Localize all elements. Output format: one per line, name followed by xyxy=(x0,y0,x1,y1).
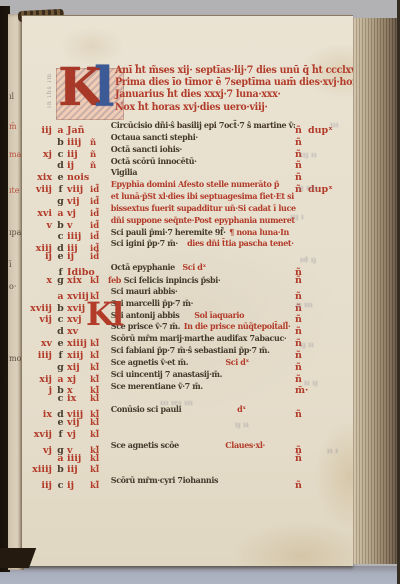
feast-note: Sci dˣ xyxy=(182,263,206,275)
lesson-mark: ñ xyxy=(295,362,308,374)
dominical-letter: a xyxy=(54,374,67,386)
feast-main: Vigilia xyxy=(111,168,137,180)
feast-entry: Sci marcelli p̄p·7 m̄· xyxy=(108,299,282,311)
dominical-letter: g xyxy=(54,275,67,287)
calendar-row: x g xix kl̃ feb Sci felicis inpincis p̄s… xyxy=(28,275,350,287)
facing-page-text-fragment: m̄ xyxy=(9,122,17,131)
golden-number: xij xyxy=(28,374,54,386)
calendar-row: f Idibo Octā epyphanie Sci dˣ ñ xyxy=(28,263,350,275)
day-numeral: xix xyxy=(67,275,90,287)
kl-ligature: Kl xyxy=(86,296,122,332)
dominical-letter: a xyxy=(54,291,67,303)
feast-entry: Sci mauri abbis· xyxy=(108,287,282,299)
feast-entry: Octā scōrū innocētū· xyxy=(108,157,282,169)
header-line: Prima dies īo tīmor ē 7septīma uam̄ dies… xyxy=(115,77,343,89)
feast-main: Sci fabiani p̄p·7 m̄·ŝ sebastiani p̄p·7 … xyxy=(111,346,270,358)
feast-entry: Sce agnetis scōe Claues·xl· xyxy=(108,441,282,453)
feast-entry: bissextus fuerit supadditur un̄·Si cadat… xyxy=(108,204,282,216)
day-numeral: iiij xyxy=(67,137,90,149)
golden-number: ix xyxy=(28,409,54,421)
feast-main: Sci uincentij 7 anastasij·m̄. xyxy=(111,370,222,382)
feast-note: Sci dˣ xyxy=(225,358,249,370)
feast-entry: Sci pauli p̄mi·7 heremite 9f̄· ¶ nona lu… xyxy=(108,228,282,240)
dominical-letter: c xyxy=(54,314,67,326)
unit-abbrev: id̃ xyxy=(90,197,108,209)
unit-abbrev: kl̃ xyxy=(90,481,108,493)
day-numeral: vij xyxy=(67,417,90,429)
feast-main: Octaua sancti stephi· xyxy=(111,133,198,145)
dominical-letter: c xyxy=(54,149,67,161)
golden-number: ij xyxy=(28,251,54,263)
feast-entry: Sce merentiane v̄·7 m̄. xyxy=(108,382,282,394)
golden-number: xv xyxy=(28,338,54,350)
feast-note: Sol īaquario xyxy=(194,311,244,323)
show-through-text: ıȷ ııı xyxy=(296,300,313,309)
calendar-row: a xviij kl̃ Sci mauri abbis· ñ xyxy=(28,287,350,299)
unit-abbrev: id̃ xyxy=(90,209,108,221)
feast-note: ¶ nona luna·In xyxy=(229,228,289,240)
manuscript-photo: ılm̄maıteıpaīo·mo K l ın ıhs ım Anī h̃t … xyxy=(0,0,400,584)
unit-abbrev: kl̃ xyxy=(90,454,108,466)
calendar-row: ix d viij kl̃ Conūsio sci pauli dˣ ñ xyxy=(28,405,350,417)
feast-main: bissextus fuerit supadditur un̄·Si cadat… xyxy=(111,204,296,216)
header-verses: Anī h̃t m̃ses xij· septīas·lij·7 dies un… xyxy=(115,65,355,114)
header-line: Nox h̃t horas xvj·dies uero·viij· xyxy=(115,102,343,114)
golden-number: xvi xyxy=(28,208,54,220)
feast-main: Scōrū mr̄m·cyri 7iohannis xyxy=(111,476,218,488)
show-through-text: ııı ıeı ııı xyxy=(160,398,193,407)
day-numeral: nois xyxy=(67,172,90,184)
day-numeral: vj xyxy=(67,429,90,441)
feast-entry: Circūcisio dñi·ŝ basilij epi 7oct̃·7 ŝ m… xyxy=(108,121,282,133)
calendar-row: a iiij kl̃ ñ xyxy=(28,453,350,465)
unit-abbrev: kl̃ xyxy=(90,394,108,406)
dominical-letter: c xyxy=(54,480,67,492)
feast-entry: Sce prisce v̄·7 m̄. In die prisce nūq̃te… xyxy=(108,322,282,334)
show-through-text: ııȷ ıı xyxy=(300,150,317,159)
dominical-letter: e xyxy=(54,172,67,184)
day-numeral: viij xyxy=(67,184,90,196)
day-numeral: xiiij xyxy=(67,338,90,350)
show-through-text: ııȷ ı xyxy=(290,212,304,221)
dominical-letter: a xyxy=(54,125,67,137)
dominical-letter: c xyxy=(54,393,67,405)
dominical-letter: g xyxy=(54,196,67,208)
feast-entry: Octā epyphanie Sci dˣ xyxy=(108,263,282,275)
golden-number: iij xyxy=(28,125,54,137)
golden-number: vij xyxy=(28,314,54,326)
table-surface xyxy=(0,566,400,584)
feast-note: dies dn̄i t̄tia pascha tenet· xyxy=(187,239,294,251)
lesson-mark: ñ xyxy=(295,326,308,338)
dominical-letter: b xyxy=(54,137,67,149)
feast-main: Sci pauli p̄mi·7 heremite 9f̄· xyxy=(111,228,226,240)
facing-page-text-fragment: ıte xyxy=(9,186,20,195)
day-numeral: ij xyxy=(67,251,90,263)
header-line: Januarius h̃t dies xxxj·7 luna·xxx· xyxy=(115,89,343,101)
dominical-letter: c xyxy=(54,231,67,243)
dominical-letter: e xyxy=(54,417,67,429)
dominical-letter: a xyxy=(54,208,67,220)
facing-page-text-fragment: o· xyxy=(9,282,16,291)
feast-entry: Vigilia xyxy=(108,168,282,180)
unit-abbrev: kl̃ xyxy=(90,363,108,375)
golden-number: xiiij xyxy=(28,464,54,476)
feast-main: Octā scōrū innocētū· xyxy=(111,157,197,169)
feast-main: Octā sancti iohis· xyxy=(111,145,182,157)
facing-page-text-fragment: ıpa xyxy=(9,228,21,237)
feast-main: Sci marcelli p̄p·7 m̄· xyxy=(111,299,193,311)
golden-number: x xyxy=(28,275,54,287)
feast-entry: Conūsio sci pauli dˣ xyxy=(108,405,282,417)
dominical-letter: b xyxy=(54,220,67,232)
feast-main: dn̄i suppone seq̄nte·Post epyphania nume… xyxy=(111,216,295,228)
margin-annotation: ın ıhs ım xyxy=(46,73,53,108)
lesson-mark: ñ xyxy=(295,453,308,465)
golden-number: j xyxy=(28,385,54,397)
unit-abbrev: id̃ xyxy=(90,252,108,264)
day-numeral: xij xyxy=(67,362,90,374)
facing-page-text-fragment: ī xyxy=(9,260,12,269)
feast-note: dˣ xyxy=(237,405,246,417)
unit-abbrev: kl̃ xyxy=(90,351,108,363)
office-note: dupˣ xyxy=(308,125,350,137)
dominical-letter: g xyxy=(54,362,67,374)
feast-main: Conūsio sci pauli xyxy=(111,405,181,417)
dominical-letter: b xyxy=(54,464,67,476)
calendar-row: iij a Jañ Circūcisio dñi·ŝ basilij epi 7… xyxy=(28,121,350,133)
golden-number: xj xyxy=(28,149,54,161)
golden-number: vj xyxy=(28,445,54,457)
lesson-mark: ñ xyxy=(295,275,308,287)
golden-number: v xyxy=(28,220,54,232)
feast-note: Claues·xl· xyxy=(225,441,265,453)
feast-entry: dn̄i suppone seq̄nte·Post epyphania nume… xyxy=(108,216,282,228)
facing-page-text-fragment: ma xyxy=(9,150,21,159)
day-numeral: xj xyxy=(67,374,90,386)
lesson-mark: ñ xyxy=(295,125,308,137)
initial-letter-l: l xyxy=(94,60,115,114)
calendar-page: K l ın ıhs ım Anī h̃t m̃ses xij· septīas… xyxy=(22,16,353,566)
cover-corner xyxy=(0,548,58,568)
unit-abbrev: ñ xyxy=(90,161,108,173)
feast-main: Epyphīa domini Afesto stelle numerāto p̄ xyxy=(111,180,279,192)
day-numeral: v xyxy=(67,220,90,232)
calendar-row: xiiij b iij kl̃ xyxy=(28,464,350,476)
day-numeral: iiij xyxy=(67,231,90,243)
feast-main: Sce agnetis scōe xyxy=(111,441,179,453)
golden-number: xviij xyxy=(28,303,54,315)
day-numeral: xiij xyxy=(67,350,90,362)
feast-main: Scōrū mr̄m marij·marthe audifax 7abacuc· xyxy=(111,334,287,346)
dominical-letter: e xyxy=(54,338,67,350)
unit-abbrev: kl̃ xyxy=(90,465,108,477)
lesson-mark: ñ xyxy=(295,160,308,172)
feast-entry: et lunā·p̄St xl·dies ibi septuagesima fi… xyxy=(108,192,282,204)
day-numeral: ix xyxy=(67,393,90,405)
feast-entry: Sci uincentij 7 anastasij·m̄. xyxy=(108,370,282,382)
golden-number: xix xyxy=(28,172,54,184)
lesson-mark: ñ xyxy=(295,137,308,149)
show-through-text: ıȷ ıı xyxy=(300,340,314,349)
feast-main: Circūcisio dñi·ŝ basilij epi 7oct̃·7 ŝ m… xyxy=(111,121,296,133)
day-numeral: Jañ xyxy=(67,125,90,137)
feast-entry: Sci antonij abbis Sol īaquario xyxy=(108,311,282,323)
fore-edge-pages xyxy=(353,18,397,564)
feast-entry: Sci igini p̄p·7 m̄· dies dn̄i t̄tia pasc… xyxy=(108,239,282,251)
header-line: Anī h̃t m̃ses xij· septīas·lij·7 dies un… xyxy=(115,65,343,77)
day-numeral: iij xyxy=(67,149,90,161)
unit-abbrev: kl̃ xyxy=(90,375,108,387)
unit-abbrev: kl̃ xyxy=(90,430,108,442)
dominical-letter: d xyxy=(54,160,67,172)
lesson-mark: m̄· xyxy=(295,385,308,397)
day-numeral: vij xyxy=(67,196,90,208)
calendar-row: iij c ij kl̃ Scōrū mr̄m·cyri 7iohannis ñ xyxy=(28,476,350,488)
dominical-letter: f xyxy=(54,350,67,362)
show-through-text: ıı ı xyxy=(327,446,338,455)
golden-number: iij xyxy=(28,480,54,492)
feast-entry: Scōrū mr̄m marij·marthe audifax 7abacuc· xyxy=(108,334,282,346)
dominical-letter: e xyxy=(54,251,67,263)
golden-number: viij xyxy=(28,184,54,196)
day-numeral: ij xyxy=(67,160,90,172)
lesson-mark: ñ xyxy=(295,409,308,421)
golden-number: xvij xyxy=(28,429,54,441)
calendar-row: vj g v kl̃ Sce agnetis scōe Claues·xl· ñ xyxy=(28,441,350,453)
feast-main: Sce agnetis v̄·et m̄. xyxy=(111,358,188,370)
day-numeral: vj xyxy=(67,208,90,220)
show-through-text: ıȷ ıı xyxy=(235,420,249,429)
day-numeral: iiij xyxy=(67,453,90,465)
feast-entry: Octaua sancti stephi· xyxy=(108,133,282,145)
feast-entry: Scōrū mr̄m·cyri 7iohannis xyxy=(108,476,282,488)
feast-main: Octā epyphanie xyxy=(111,263,175,275)
golden-number: iiij xyxy=(28,350,54,362)
unit-abbrev: ñ xyxy=(90,138,108,150)
facing-page-text-fragment: ıl xyxy=(9,92,14,101)
show-through-text: ıȷ ıııȷ xyxy=(298,183,317,192)
day-numeral: iij xyxy=(67,464,90,476)
feast-main: et lunā·p̄St xl·dies ibi septuagesima fi… xyxy=(111,192,294,204)
day-numeral: ij xyxy=(67,480,90,492)
feast-main: Sci igini p̄p·7 m̄· xyxy=(111,239,178,251)
unit-abbrev: kl̃ xyxy=(90,276,108,288)
feast-entry: Octā sancti iohis· xyxy=(108,145,282,157)
calendar-row: xvij f vj kl̃ xyxy=(28,429,350,441)
feast-entry: Sci fabiani p̄p·7 m̄·ŝ sebastiani p̄p·7 … xyxy=(108,346,282,358)
unit-abbrev: ñ xyxy=(90,150,108,162)
show-through-text: ıd ıȷ xyxy=(300,255,316,264)
dominical-letter: a xyxy=(54,453,67,465)
feast-entry: Epyphīa domini Afesto stelle numerāto p̄ xyxy=(108,180,282,192)
feast-main: Sce merentiane v̄·7 m̄. xyxy=(111,382,203,394)
dominical-letter: d xyxy=(54,326,67,338)
lesson-mark: ñ xyxy=(295,314,308,326)
unit-abbrev: kl̃ xyxy=(90,339,108,351)
unit-abbrev: id̃ xyxy=(90,185,108,197)
dominical-letter: f xyxy=(54,429,67,441)
show-through-text: ııı xyxy=(330,120,339,129)
unit-abbrev: id̃ xyxy=(90,232,108,244)
lesson-mark: ñ xyxy=(295,350,308,362)
facing-page-text-fragment: mo xyxy=(9,354,21,363)
show-through-text: ıı ıȷ xyxy=(304,378,318,387)
feast-note: In die prisce nūq̃tepoit̄all̃· xyxy=(184,322,291,334)
dominical-letter: b xyxy=(54,303,67,315)
lesson-mark: ñ xyxy=(295,480,308,492)
unit-abbrev: id̃ xyxy=(90,221,108,233)
dominical-letter: f xyxy=(54,184,67,196)
unit-abbrev: kl̃ xyxy=(90,418,108,430)
feast-entry: Sce agnetis v̄·et m̄. Sci dˣ xyxy=(108,358,282,370)
